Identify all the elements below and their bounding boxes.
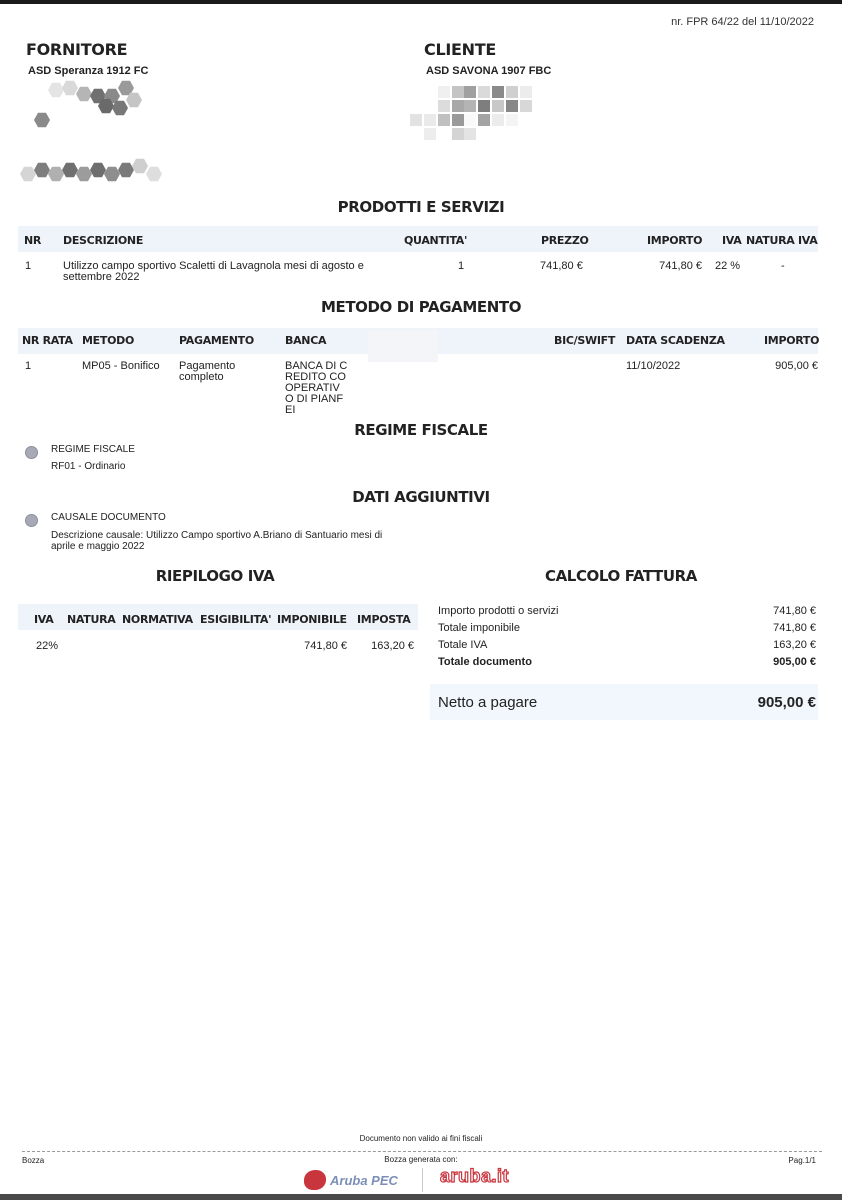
- footer-divider: [22, 1151, 822, 1152]
- footer-disclaimer: Documento non valido ai fini fiscali: [0, 1134, 842, 1143]
- col-nr: NR: [24, 234, 41, 247]
- aruba-it-logo: aruba.it: [440, 1166, 509, 1187]
- cell-iva: 22 %: [715, 261, 740, 272]
- cell-natura-iva: -: [781, 261, 785, 272]
- col-nr-rata: NR RATA: [22, 334, 73, 347]
- cell-imposta: 163,20 €: [350, 641, 414, 652]
- cell-metodo: MP05 - Bonifico: [82, 361, 160, 372]
- regime-label: REGIME FISCALE: [51, 444, 135, 455]
- bullet-icon: [25, 514, 38, 527]
- col-importo: IMPORTO: [647, 234, 702, 247]
- iban-redacted: [368, 330, 438, 362]
- col-imponibile: IMPONIBILE: [277, 613, 347, 626]
- col-imposta: IMPOSTA: [357, 613, 410, 626]
- col-descrizione: DESCRIZIONE: [63, 234, 143, 247]
- footer-page: Pag.1/1: [788, 1156, 816, 1165]
- calc-value: 905,00 €: [773, 656, 816, 668]
- cell-importo: 741,80 €: [640, 261, 702, 272]
- aruba-pec-icon: [304, 1170, 326, 1190]
- bullet-icon: [25, 446, 38, 459]
- calc-value: 741,80 €: [773, 622, 816, 634]
- cell-pagamento: Pagamento completo: [179, 361, 251, 383]
- pagamento-title: METODO DI PAGAMENTO: [0, 298, 842, 316]
- prodotti-title: PRODOTTI E SERVIZI: [0, 198, 842, 216]
- col-normativa: NORMATIVA: [122, 613, 193, 626]
- calc-row: Totale imponibile741,80 €: [438, 622, 816, 639]
- col-prezzo: PREZZO: [541, 234, 589, 247]
- netto-a-pagare: Netto a pagare 905,00 €: [430, 684, 818, 720]
- calc-label: Totale documento: [438, 656, 532, 668]
- col-metodo: METODO: [82, 334, 134, 347]
- cell-imponibile: 741,80 €: [280, 641, 347, 652]
- cell-nr: 1: [25, 261, 31, 272]
- top-edge: [0, 0, 842, 4]
- cell-banca: BANCA DI CREDITO COOPERATIV O DI PIANFEI: [285, 361, 349, 416]
- calcolo-fattura-title: CALCOLO FATTURA: [420, 567, 822, 585]
- cell-importo-pag: 905,00 €: [740, 361, 818, 372]
- calc-label: Totale imponibile: [438, 622, 520, 634]
- footer-center: Bozza generata con:: [0, 1155, 842, 1164]
- calc-label: Totale IVA: [438, 639, 487, 651]
- col-natura-iva: NATURA IVA: [746, 234, 818, 247]
- document-number: nr. FPR 64/22 del 11/10/2022: [671, 16, 814, 28]
- calc-value: 741,80 €: [773, 605, 816, 617]
- col-iva: IVA: [722, 234, 741, 247]
- col-data-scadenza: DATA SCADENZA: [626, 334, 725, 347]
- cell-quantita: 1: [458, 261, 464, 272]
- col-esigibilita: ESIGIBILITA': [200, 613, 271, 626]
- netto-value: 905,00 €: [758, 694, 816, 711]
- cell-prezzo: 741,80 €: [540, 261, 583, 272]
- netto-label: Netto a pagare: [438, 694, 537, 711]
- regime-value: RF01 - Ordinario: [51, 461, 125, 472]
- col-bic: BIC/SWIFT: [554, 334, 615, 347]
- calc-label: Importo prodotti o servizi: [438, 605, 558, 617]
- col-quantita: QUANTITA': [404, 234, 467, 247]
- cell-iva: 22%: [36, 641, 58, 652]
- fornitore-title: FORNITORE: [26, 40, 127, 59]
- regime-title: REGIME FISCALE: [0, 421, 842, 439]
- cell-descrizione: Utilizzo campo sportivo Scaletti di Lava…: [63, 261, 393, 283]
- fornitore-name: ASD Speranza 1912 FC: [28, 65, 148, 77]
- logo-separator: [422, 1168, 423, 1192]
- aruba-pec-logo: Aruba PEC: [304, 1170, 398, 1190]
- calc-row: Totale documento905,00 €: [438, 656, 816, 673]
- cliente-name: ASD SAVONA 1907 FBC: [426, 65, 551, 77]
- calc-row: Importo prodotti o servizi741,80 €: [438, 605, 816, 622]
- bottom-edge: [0, 1194, 842, 1200]
- causale-label: CAUSALE DOCUMENTO: [51, 512, 166, 523]
- col-iva: IVA: [34, 613, 53, 626]
- cell-data-scadenza: 11/10/2022: [626, 361, 680, 372]
- calc-row: Totale IVA163,20 €: [438, 639, 816, 656]
- riepilogo-iva-title: RIEPILOGO IVA: [0, 567, 430, 585]
- calc-value: 163,20 €: [773, 639, 816, 651]
- col-natura: NATURA: [67, 613, 115, 626]
- cell-nr-rata: 1: [25, 361, 31, 372]
- causale-value: Descrizione causale: Utilizzo Campo spor…: [51, 530, 396, 552]
- col-importo-pag: IMPORTO: [764, 334, 819, 347]
- dati-aggiuntivi-title: DATI AGGIUNTIVI: [0, 488, 842, 506]
- cliente-title: CLIENTE: [424, 40, 496, 59]
- col-pagamento: PAGAMENTO: [179, 334, 254, 347]
- col-banca: BANCA: [285, 334, 326, 347]
